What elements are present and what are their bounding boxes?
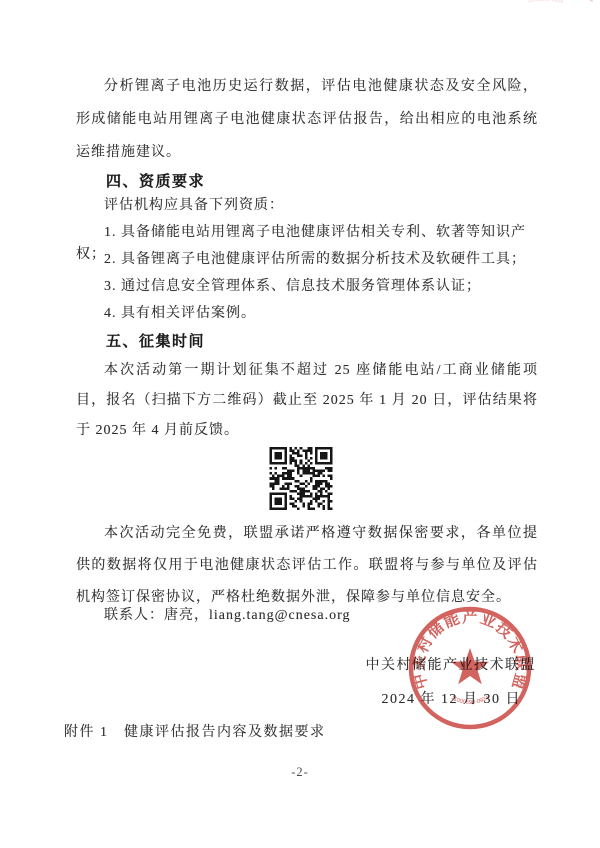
paragraph-privacy: 本次活动完全免费，联盟承诺严格遵守数据保密要求，各单位提供的数据将仅用于电池健康… bbox=[76, 518, 538, 614]
corner-watermark-text: 中关村储能产业技术联盟 bbox=[476, 0, 599, 4]
paragraph-battery-analysis: 分析锂离子电池历史运行数据，评估电池健康状态及安全风险，形成储能电站用锂离子电池… bbox=[76, 70, 538, 169]
corner-seal-watermark: 中关村储能产业技术联盟 11000690-0924 bbox=[438, 0, 600, 56]
qr-code-graphic bbox=[266, 447, 336, 510]
signature-org: 中关村储能产业技术联盟 bbox=[76, 655, 538, 677]
qualifications-lead: 评估机构应具备下列资质： bbox=[76, 195, 538, 217]
attachment-note: 附件 1 健康评估报告内容及数据要求 bbox=[64, 722, 526, 744]
registration-qr-code bbox=[266, 447, 336, 510]
qualification-item-3: 3. 通过信息安全管理体系、信息技术服务管理体系认证； bbox=[76, 276, 538, 298]
qualification-item-4: 4. 具有相关评估案例。 bbox=[76, 303, 538, 325]
page-number: -2- bbox=[0, 765, 600, 780]
qualification-item-2: 2. 具备锂离子电池健康评估所需的数据分析技术及软硬件工具； bbox=[76, 249, 538, 271]
signature-date: 2024 年 12 月 30 日 bbox=[76, 689, 538, 711]
section-heading-qualifications: 四、资质要求 bbox=[76, 170, 538, 194]
section-heading-collection-time: 五、征集时间 bbox=[76, 330, 538, 354]
contact-line: 联系人：唐亮，liang.tang@cnesa.org bbox=[76, 605, 538, 627]
document-page: 分析锂离子电池历史运行数据，评估电池健康状态及安全风险，形成储能电站用锂离子电池… bbox=[0, 0, 600, 848]
paragraph-collection-time: 本次活动第一期计划征集不超过 25 座储能电站/工商业储能项目，报名（扫描下方二… bbox=[76, 356, 538, 446]
corner-watermark-code: 11000690-0924 bbox=[527, 0, 563, 5]
